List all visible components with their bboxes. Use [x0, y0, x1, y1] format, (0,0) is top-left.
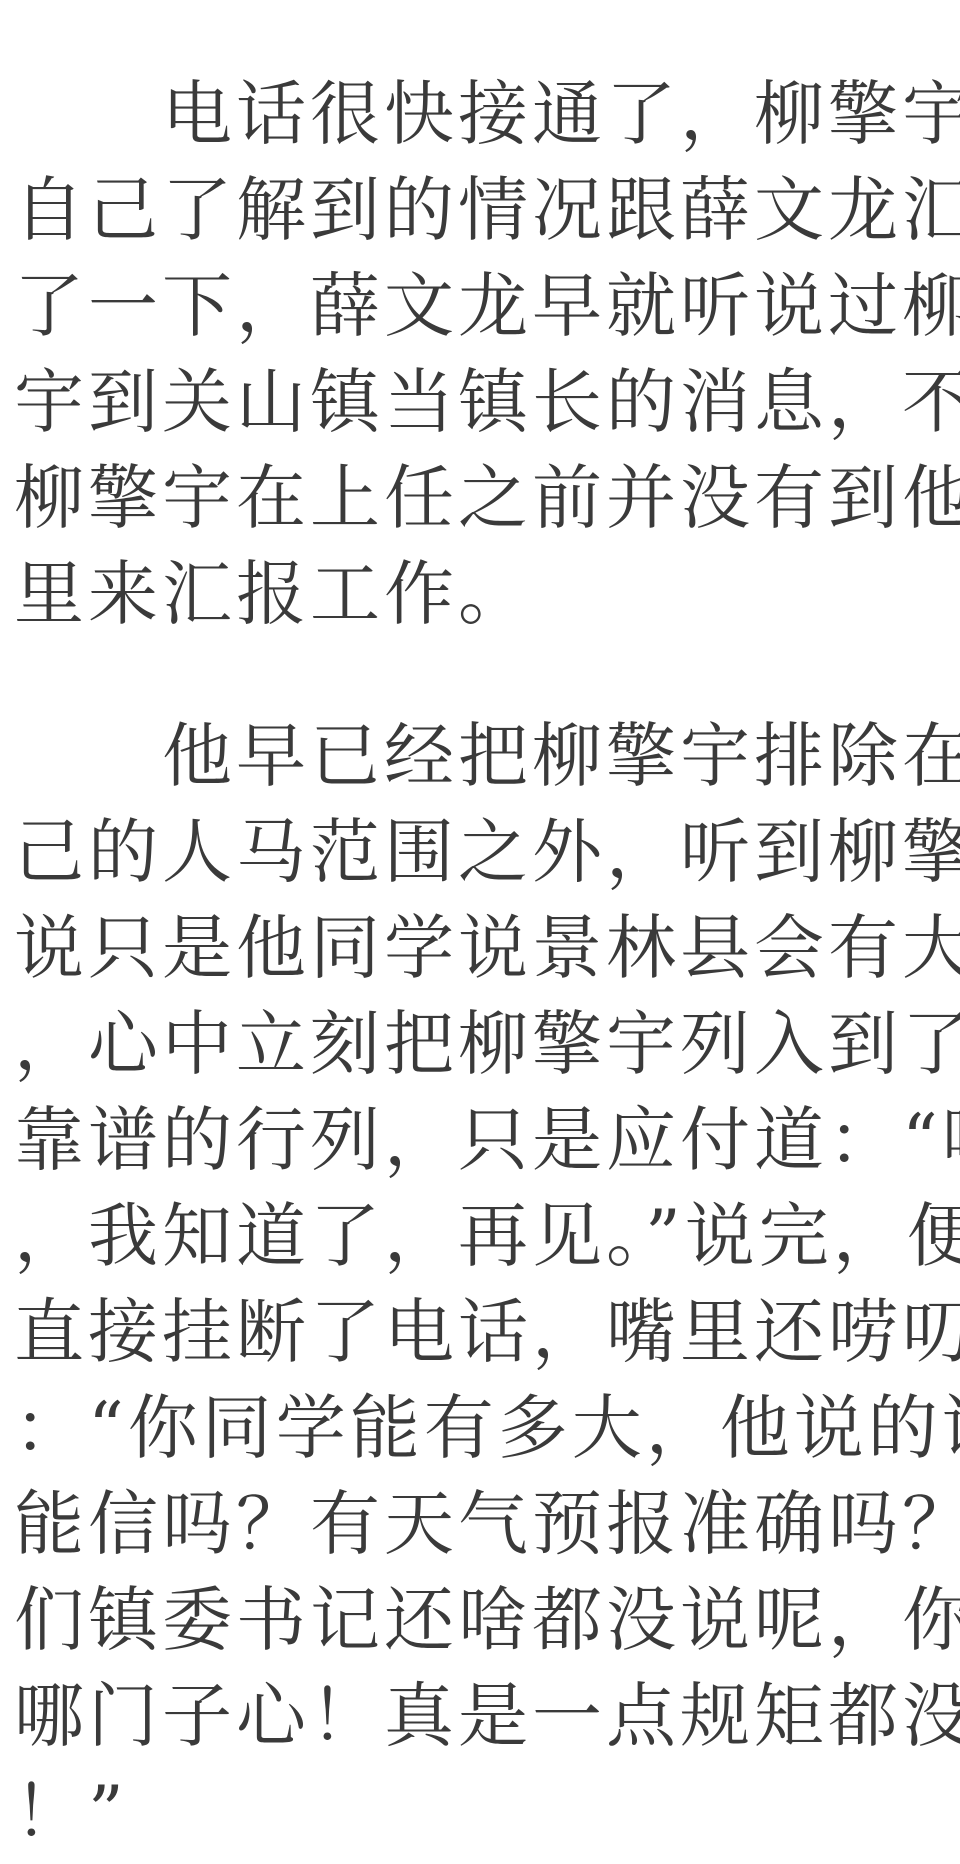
text-line: 说只是他同学说景林县会有大雨: [14, 900, 954, 996]
text-line: ！”: [14, 1764, 954, 1860]
text-line: 他早已经把柳擎宇排除在自: [14, 708, 954, 804]
text-line: 柳擎宇在上任之前并没有到他这: [14, 450, 954, 546]
text-line: ，我知道了，再见。”说完，便: [14, 1188, 954, 1284]
text-line: ：“你同学能有多大，他说的话: [14, 1380, 954, 1476]
text-line: 宇到关山镇当镇长的消息，不过: [14, 354, 954, 450]
text-line: 己的人马范围之外，听到柳擎宇: [14, 804, 954, 900]
text-line: 自己了解到的情况跟薛文龙汇报: [14, 162, 954, 258]
text-line: 里来汇报工作。: [14, 546, 954, 642]
text-line: 们镇委书记还啥都没说呢，你操: [14, 1572, 954, 1668]
text-line: 了一下，薛文龙早就听说过柳擎: [14, 258, 954, 354]
document-page: 电话很快接通了，柳擎宇把 自己了解到的情况跟薛文龙汇报 了一下，薛文龙早就听说过…: [0, 0, 960, 1864]
text-line: 电话很快接通了，柳擎宇把: [14, 66, 954, 162]
text-line: 哪门子心！真是一点规矩都没有: [14, 1668, 954, 1764]
text-line: 靠谱的行列，只是应付道：“嗯: [14, 1092, 954, 1188]
text-line: ，心中立刻把柳擎宇列入到了不: [14, 996, 954, 1092]
text-line: 能信吗？有天气预报准确吗？你: [14, 1476, 954, 1572]
text-line: 直接挂断了电话，嘴里还唠叨着: [14, 1284, 954, 1380]
